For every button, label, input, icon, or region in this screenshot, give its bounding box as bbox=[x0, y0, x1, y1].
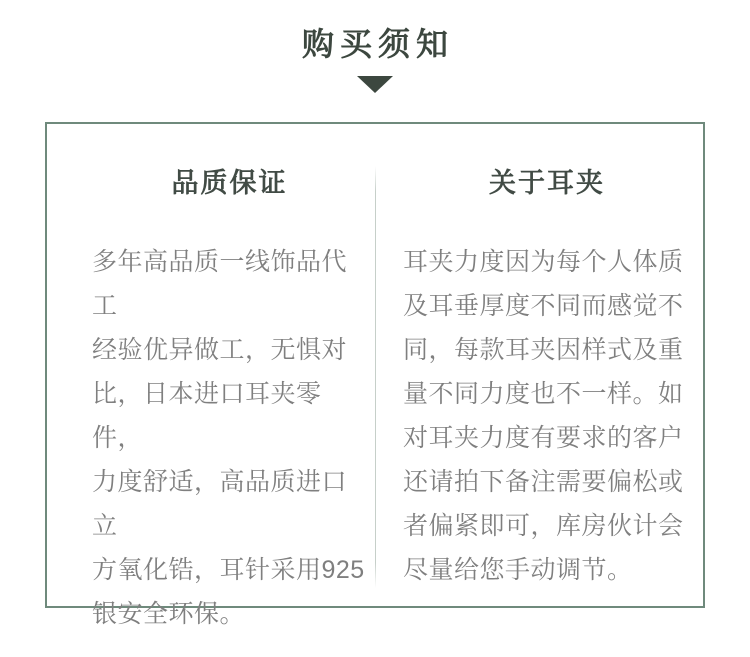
about-ear-clips-column: 关于耳夹 耳夹力度因为每个人体质 及耳垂厚度不同而感觉不 同，每款耳夹因样式及重… bbox=[376, 124, 703, 606]
quality-guarantee-column: 品质保证 多年高品质一线饰品代工 经验优异做工，无惧对 比，日本进口耳夹零件， … bbox=[47, 124, 375, 606]
about-ear-clips-heading: 关于耳夹 bbox=[403, 166, 691, 200]
quality-guarantee-paragraph: 多年高品质一线饰品代工 经验优异做工，无惧对 比，日本进口耳夹零件， 力度舒适，… bbox=[92, 240, 367, 636]
quality-guarantee-heading: 品质保证 bbox=[92, 166, 367, 200]
triangle-down-icon bbox=[357, 76, 393, 93]
page-title: 购买须知 bbox=[0, 25, 750, 63]
about-ear-clips-paragraph: 耳夹力度因为每个人体质 及耳垂厚度不同而感觉不 同，每款耳夹因样式及重 量不同力… bbox=[403, 240, 691, 592]
info-panel: 品质保证 多年高品质一线饰品代工 经验优异做工，无惧对 比，日本进口耳夹零件， … bbox=[45, 122, 705, 608]
purchase-notes-header: 购买须知 bbox=[0, 0, 750, 93]
